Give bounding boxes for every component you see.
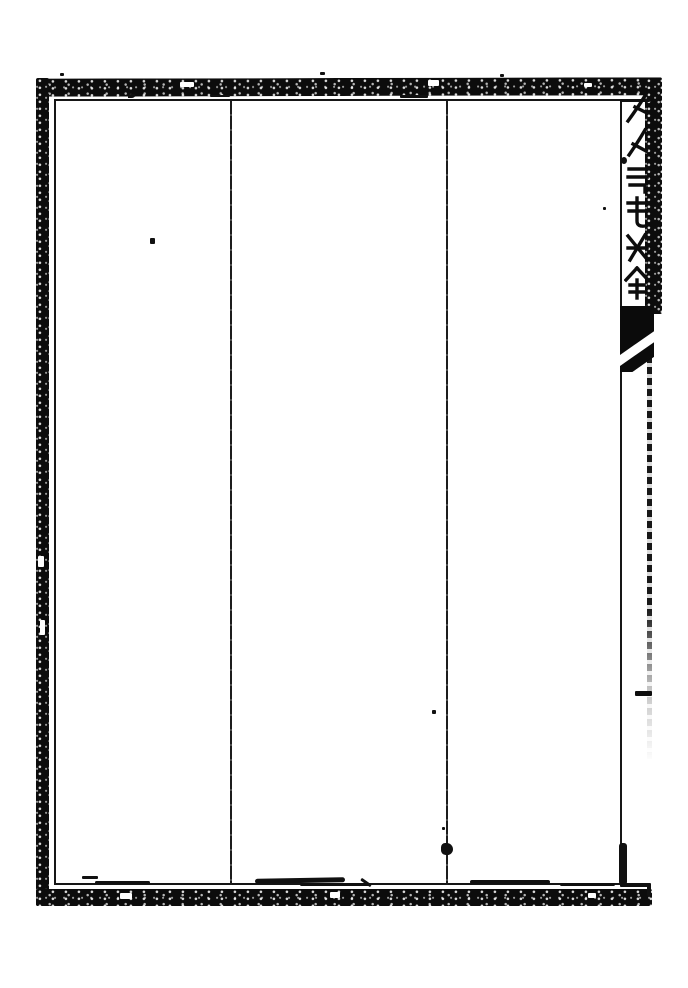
border-gap-chip bbox=[38, 556, 44, 567]
border-gap-chip bbox=[180, 82, 194, 87]
page-number-mark bbox=[635, 691, 652, 696]
scanned-book-page: { "document": { "kind": "blank ruled pag… bbox=[0, 0, 688, 988]
bottom-rule-blob bbox=[95, 881, 150, 884]
spine-column bbox=[624, 90, 650, 308]
column-divider-right bbox=[446, 101, 448, 885]
ink-speck bbox=[442, 827, 445, 830]
ink-speck bbox=[500, 74, 504, 77]
scan-border-left bbox=[36, 78, 49, 906]
page-frame-border bbox=[54, 99, 622, 885]
spine-character-fragment bbox=[624, 266, 650, 300]
bottom-rule-blob bbox=[470, 880, 550, 884]
border-gap-chip bbox=[120, 893, 132, 899]
bottom-rule-hook bbox=[647, 883, 651, 896]
bottom-rule-blob bbox=[560, 883, 615, 886]
ink-speck bbox=[400, 95, 428, 98]
column-divider-left bbox=[230, 101, 232, 885]
ink-speck bbox=[320, 72, 325, 75]
spine-character-fragment bbox=[624, 196, 650, 230]
ink-smudge bbox=[441, 843, 453, 855]
border-gap-chip bbox=[40, 620, 45, 635]
spine-character-fragment bbox=[624, 231, 650, 265]
ink-speck bbox=[150, 238, 155, 244]
scanned-page bbox=[0, 0, 688, 988]
ink-speck bbox=[210, 95, 230, 97]
border-gap-chip bbox=[330, 892, 340, 898]
spine-character-fragment bbox=[624, 91, 650, 125]
ink-speck bbox=[432, 710, 436, 714]
border-gap-chip bbox=[588, 893, 596, 898]
bottom-rule-blob bbox=[300, 883, 370, 886]
ink-speck bbox=[60, 73, 64, 76]
ink-speck bbox=[603, 207, 606, 210]
spine-character-fragment bbox=[624, 161, 650, 195]
border-gap-chip bbox=[428, 80, 439, 86]
ink-speck bbox=[82, 876, 98, 879]
ink-speck bbox=[621, 157, 627, 164]
ink-blob bbox=[619, 843, 627, 885]
fold-line bbox=[647, 356, 652, 762]
ink-speck bbox=[128, 94, 135, 98]
border-gap-chip bbox=[584, 83, 592, 87]
spine-character-fragment bbox=[624, 126, 650, 160]
